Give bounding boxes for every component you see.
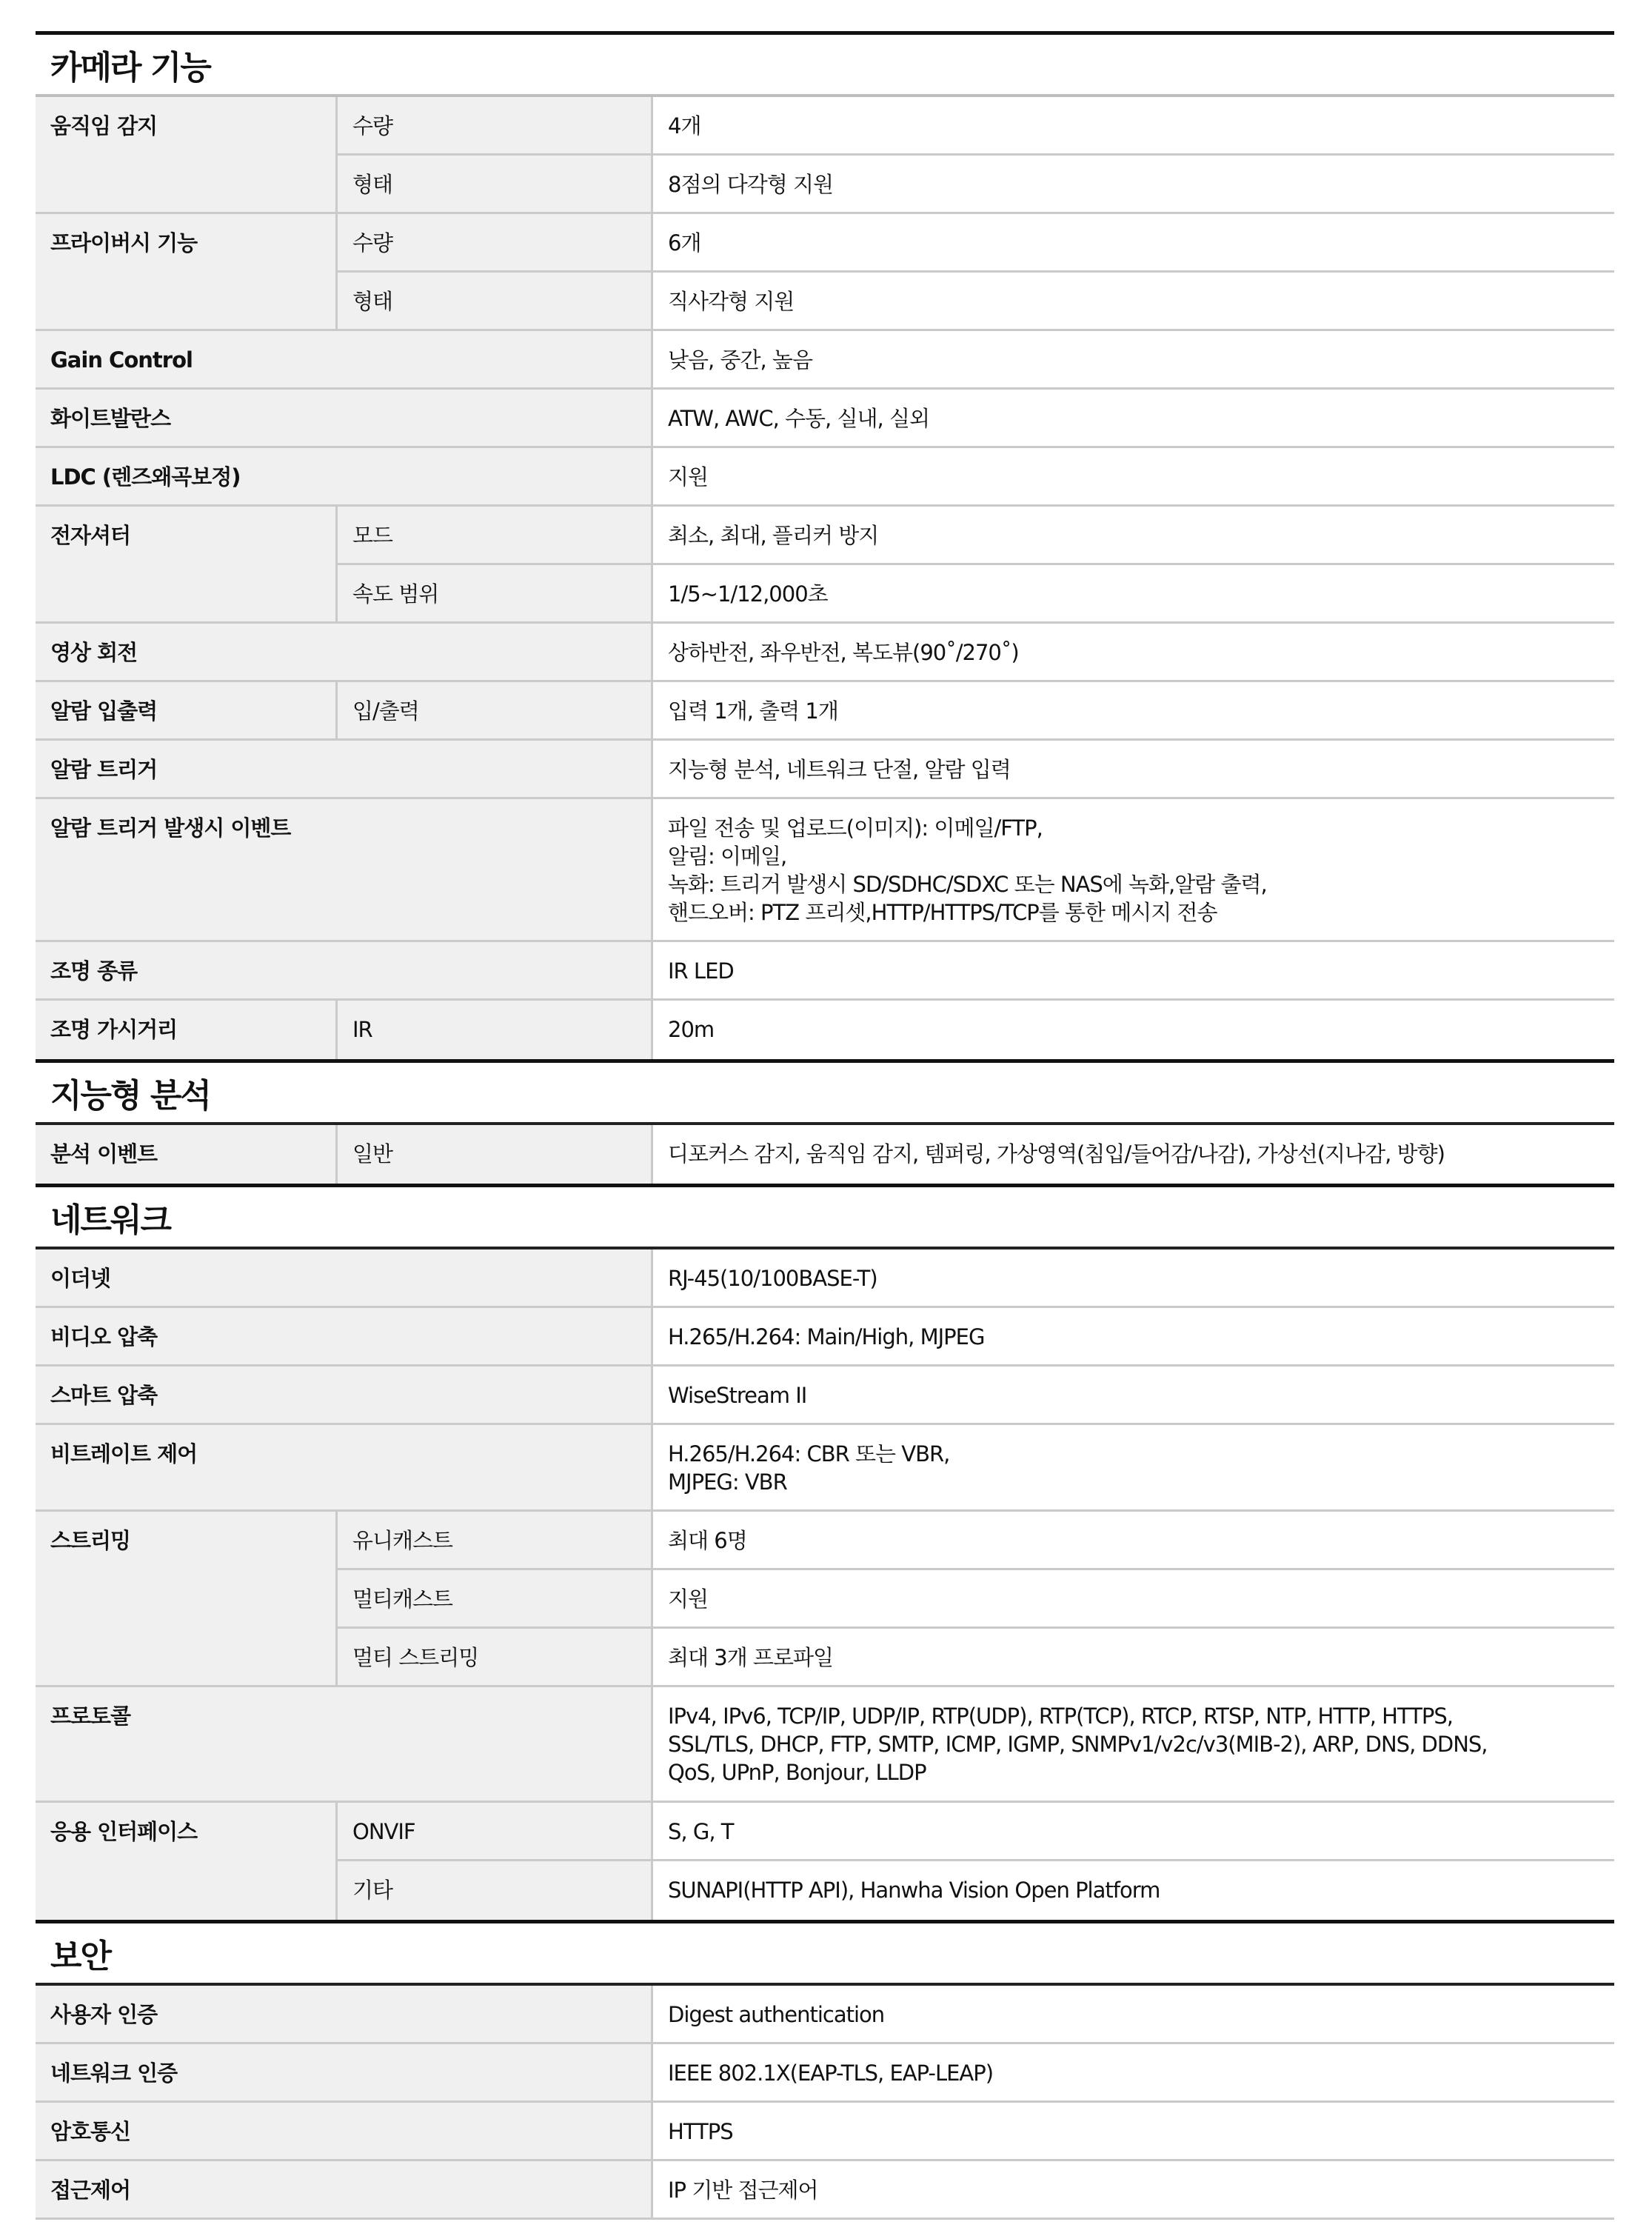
spec-table: 사용자 인증 Digest authentication 네트워크 인증 IEE… bbox=[36, 1986, 1614, 2220]
section-intelligent-analytics: 지능형 분석 분석 이벤트 일반 디포커스 감지, 움직임 감지, 템퍼링, 가… bbox=[36, 1059, 1614, 1184]
row-label: 알람 트리거 발생시 이벤트 bbox=[36, 799, 653, 942]
row-value: IR LED bbox=[653, 942, 1614, 1001]
row-value: IEEE 802.1X(EAP-TLS, EAP-LEAP) bbox=[653, 2044, 1614, 2103]
spec-sheet: 카메라 기능 움직임 감지 수량 4개 형태 8점의 다각형 지원 프라이버시 … bbox=[36, 31, 1614, 2220]
row-label: 이더넷 bbox=[36, 1249, 653, 1308]
row-sublabel: 모드 bbox=[338, 507, 653, 565]
row-value: 파일 전송 및 업로드(이미지): 이메일/FTP, 알림: 이메일, 녹화: … bbox=[653, 799, 1614, 942]
section-camera-features: 카메라 기능 움직임 감지 수량 4개 형태 8점의 다각형 지원 프라이버시 … bbox=[36, 31, 1614, 1059]
row-label: 알람 입출력 bbox=[36, 682, 338, 741]
row-value: 지능형 분석, 네트워크 단절, 알람 입력 bbox=[653, 741, 1614, 799]
row-value: 지원 bbox=[653, 1570, 1614, 1629]
row-value: Digest authentication bbox=[653, 1986, 1614, 2044]
row-sublabel: 입/출력 bbox=[338, 682, 653, 741]
section-title: 네트워크 bbox=[36, 1187, 1614, 1249]
row-label: 사용자 인증 bbox=[36, 1986, 653, 2044]
row-sublabel: 유니캐스트 bbox=[338, 1512, 653, 1570]
section-network: 네트워크 이더넷 RJ-45(10/100BASE-T) 비디오 압축 H.26… bbox=[36, 1184, 1614, 1920]
row-label: 영상 회전 bbox=[36, 624, 653, 682]
row-value: H.265/H.264: Main/High, MJPEG bbox=[653, 1308, 1614, 1367]
row-label: 조명 가시거리 bbox=[36, 1001, 338, 1059]
row-value: 최소, 최대, 플리커 방지 bbox=[653, 507, 1614, 565]
row-value: 직사각형 지원 bbox=[653, 273, 1614, 331]
row-sublabel: 수량 bbox=[338, 214, 653, 273]
row-label: 암호통신 bbox=[36, 2103, 653, 2161]
row-value: 6개 bbox=[653, 214, 1614, 273]
row-sublabel: 형태 bbox=[338, 273, 653, 331]
row-value: ATW, AWC, 수동, 실내, 실외 bbox=[653, 390, 1614, 448]
spec-table: 분석 이벤트 일반 디포커스 감지, 움직임 감지, 템퍼링, 가상영역(침입/… bbox=[36, 1125, 1614, 1184]
row-value: H.265/H.264: CBR 또는 VBR, MJPEG: VBR bbox=[653, 1425, 1614, 1512]
section-title: 지능형 분석 bbox=[36, 1063, 1614, 1125]
spec-table: 움직임 감지 수량 4개 형태 8점의 다각형 지원 프라이버시 기능 수량 6… bbox=[36, 97, 1614, 1059]
row-sublabel: 기타 bbox=[338, 1861, 653, 1920]
row-value: 20m bbox=[653, 1001, 1614, 1059]
row-label: 움직임 감지 bbox=[36, 97, 338, 214]
row-value: RJ-45(10/100BASE-T) bbox=[653, 1249, 1614, 1308]
row-label: 접근제어 bbox=[36, 2161, 653, 2220]
row-value: 디포커스 감지, 움직임 감지, 템퍼링, 가상영역(침입/들어감/나감), 가… bbox=[653, 1125, 1614, 1184]
spec-table: 이더넷 RJ-45(10/100BASE-T) 비디오 압축 H.265/H.2… bbox=[36, 1249, 1614, 1920]
row-value: WiseStream II bbox=[653, 1367, 1614, 1425]
row-label: 비트레이트 제어 bbox=[36, 1425, 653, 1512]
row-label: 프라이버시 기능 bbox=[36, 214, 338, 331]
row-sublabel: 일반 bbox=[338, 1125, 653, 1184]
section-security: 보안 사용자 인증 Digest authentication 네트워크 인증 … bbox=[36, 1920, 1614, 2220]
row-value: 입력 1개, 출력 1개 bbox=[653, 682, 1614, 741]
row-value: S, G, T bbox=[653, 1803, 1614, 1861]
row-value: HTTPS bbox=[653, 2103, 1614, 2161]
row-value: 4개 bbox=[653, 97, 1614, 156]
row-label: 조명 종류 bbox=[36, 942, 653, 1001]
row-label: 분석 이벤트 bbox=[36, 1125, 338, 1184]
row-label: 프로토콜 bbox=[36, 1687, 653, 1803]
row-label: 응용 인터페이스 bbox=[36, 1803, 338, 1920]
row-value: IP 기반 접근제어 bbox=[653, 2161, 1614, 2220]
row-label: LDC (렌즈왜곡보정) bbox=[36, 448, 653, 507]
row-value: 낮음, 중간, 높음 bbox=[653, 331, 1614, 390]
row-label: 전자셔터 bbox=[36, 507, 338, 624]
row-sublabel: IR bbox=[338, 1001, 653, 1059]
row-sublabel: 멀티캐스트 bbox=[338, 1570, 653, 1629]
row-value: 1/5~1/12,000초 bbox=[653, 565, 1614, 624]
row-sublabel: 멀티 스트리밍 bbox=[338, 1629, 653, 1687]
row-value: 8점의 다각형 지원 bbox=[653, 156, 1614, 214]
row-label: Gain Control bbox=[36, 331, 653, 390]
row-value: 최대 6명 bbox=[653, 1512, 1614, 1570]
row-label: 화이트발란스 bbox=[36, 390, 653, 448]
section-title: 보안 bbox=[36, 1923, 1614, 1986]
section-title: 카메라 기능 bbox=[36, 35, 1614, 97]
row-label: 알람 트리거 bbox=[36, 741, 653, 799]
row-sublabel: 수량 bbox=[338, 97, 653, 156]
row-value: 상하반전, 좌우반전, 복도뷰(90˚/270˚) bbox=[653, 624, 1614, 682]
row-label: 비디오 압축 bbox=[36, 1308, 653, 1367]
row-label: 네트워크 인증 bbox=[36, 2044, 653, 2103]
row-sublabel: ONVIF bbox=[338, 1803, 653, 1861]
row-value: SUNAPI(HTTP API), Hanwha Vision Open Pla… bbox=[653, 1861, 1614, 1920]
row-label: 스마트 압축 bbox=[36, 1367, 653, 1425]
row-label: 스트리밍 bbox=[36, 1512, 338, 1687]
row-value: IPv4, IPv6, TCP/IP, UDP/IP, RTP(UDP), RT… bbox=[653, 1687, 1614, 1803]
row-sublabel: 형태 bbox=[338, 156, 653, 214]
row-value: 최대 3개 프로파일 bbox=[653, 1629, 1614, 1687]
row-value: 지원 bbox=[653, 448, 1614, 507]
row-sublabel: 속도 범위 bbox=[338, 565, 653, 624]
